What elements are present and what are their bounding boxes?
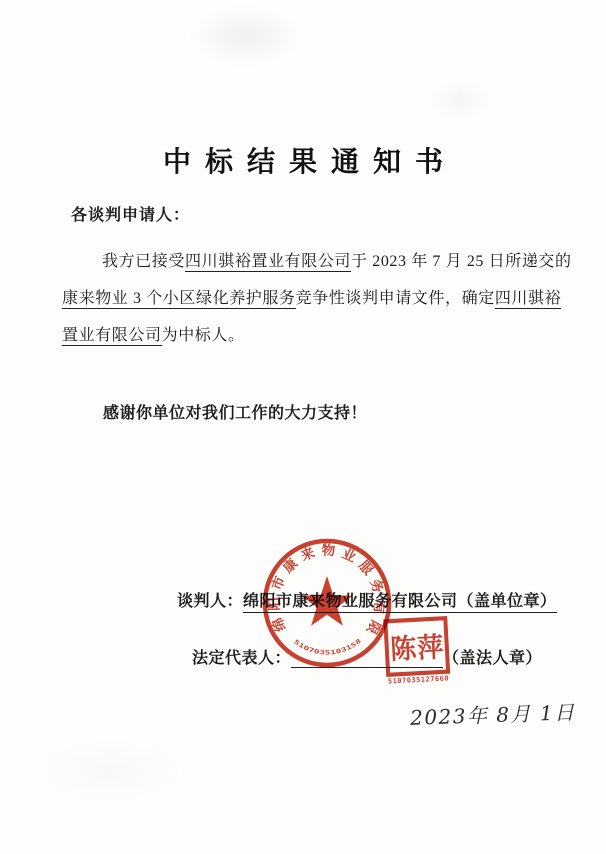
negotiator-value: 绵阳市康来物业服务有限公司（盖单位章） [243,593,557,613]
underlined-bidder-name: 置业有限公司 [62,327,162,346]
body-text: 为中标人。 [162,327,245,344]
body-paragraph: 我方已接受四川骐裕置业有限公司于 2023 年 7 月 25 日所递交的 康来物… [62,243,540,354]
thanks-line: 感谢你单位对我们工作的大力支持！ [103,400,367,423]
scan-smudge [190,6,300,66]
negotiator-label: 谈判人： [177,593,243,610]
paragraph-line-2: 康来物业 3 个小区绿化养护服务竞争性谈判申请文件，确定四川骐裕 [62,280,540,317]
underlined-bidder-name: 四川骐裕 [495,290,561,309]
legal-rep-note: （盖法人章） [443,650,542,667]
paragraph-line-1: 我方已接受四川骐裕置业有限公司于 2023 年 7 月 25 日所递交的 [62,243,540,280]
seal-square-code: 5107035127660 [383,674,453,686]
paragraph-line-3: 置业有限公司为中标人。 [62,317,540,354]
salutation-line: 各谈判申请人： [71,202,190,225]
body-text: 竞争性谈判申请文件，确定 [296,290,495,307]
signature-blank [291,650,443,668]
scanned-document-page: 中标结果通知书 各谈判申请人： 我方已接受四川骐裕置业有限公司于 2023 年 … [0,0,606,854]
underlined-project-name: 康来物业 3 个小区绿化养护服务 [62,290,296,309]
body-text: 我方已接受 [102,253,185,270]
date-line: 2023年 8月 1日 [410,696,576,731]
negotiator-line: 谈判人：绵阳市康来物业服务有限公司（盖单位章） [177,588,557,611]
underlined-bidder-name: 四川骐裕置业有限公司 [185,253,351,272]
legal-rep-line: 法定代表人：（盖法人章） [192,645,542,668]
page-title: 中标结果通知书 [0,140,606,180]
scan-smudge [430,80,490,120]
legal-rep-label: 法定代表人： [192,650,291,667]
scan-smudge [40,740,180,800]
body-text: 于 2023 年 7 月 25 日所递交的 [351,253,572,270]
